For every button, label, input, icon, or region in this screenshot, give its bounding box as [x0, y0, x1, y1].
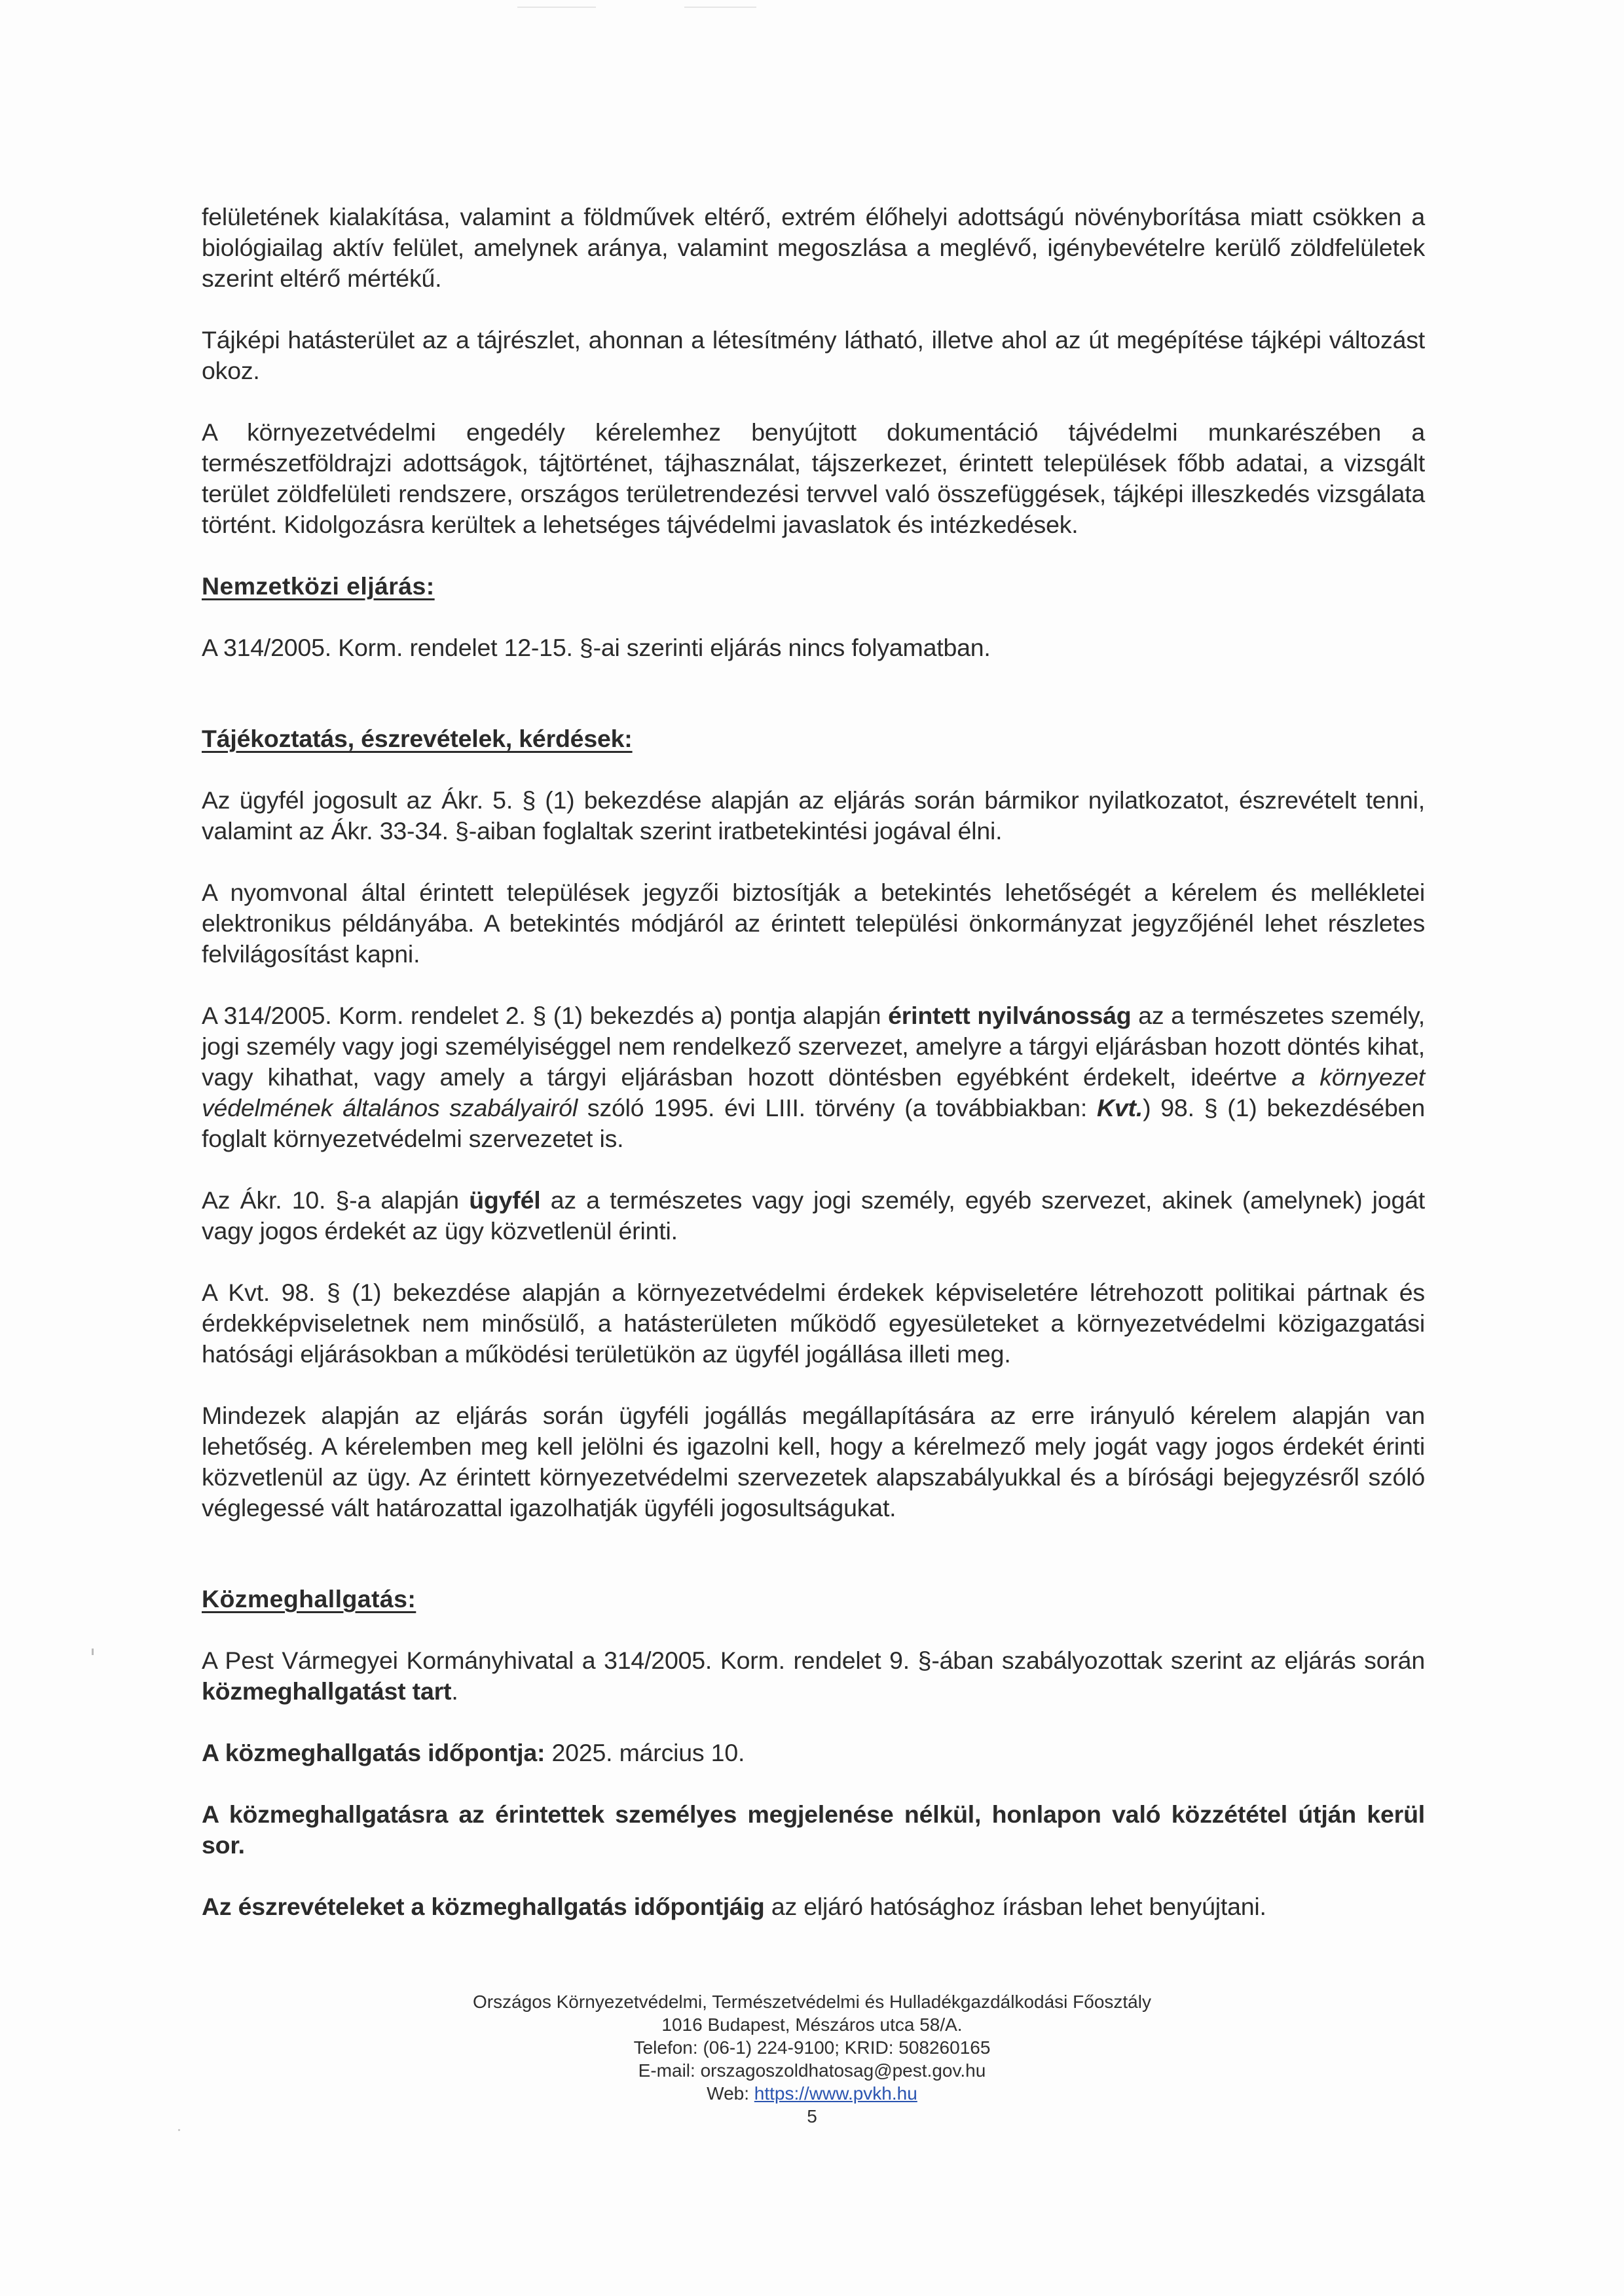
heading-information: Tájékoztatás, észrevételek, kérdések: [202, 723, 1425, 754]
term-affected-public: érintett nyilvánosság [888, 1002, 1131, 1029]
footer-address: 1016 Budapest, Mészáros utca 58/A. [0, 2013, 1624, 2036]
paragraph-comments-deadline: Az észrevételeket a közmeghallgatás időp… [202, 1891, 1425, 1922]
footer-web: Web: https://www.pvkh.hu [0, 2082, 1624, 2105]
hearing-date-value: 2025. március 10. [545, 1739, 745, 1766]
paragraph-client-definition: Az Ákr. 10. §-a alapján ügyfél az a term… [202, 1185, 1425, 1247]
hearing-date-label: A közmeghallgatás időpontja: [202, 1739, 545, 1766]
paragraph-international-procedure: A 314/2005. Korm. rendelet 12-15. §-ai s… [202, 632, 1425, 663]
paragraph-hearing-date: A közmeghallgatás időpontja: 2025. márci… [202, 1738, 1425, 1768]
scan-artifact [684, 7, 756, 8]
term-public-hearing: közmeghallgatást tart [202, 1677, 451, 1705]
footer-web-link[interactable]: https://www.pvkh.hu [754, 2083, 917, 2104]
paragraph-surface: felületének kialakítása, valamint a föld… [202, 202, 1425, 294]
margin-mark [92, 1649, 94, 1655]
footer-phone: Telefon: (06-1) 224-9100; KRID: 50826016… [0, 2036, 1624, 2059]
margin-mark [178, 2129, 180, 2131]
term-client: ügyfél [469, 1186, 540, 1214]
page-number: 5 [0, 2105, 1624, 2128]
paragraph-documentation: A környezetvédelmi engedély kérelemhez b… [202, 417, 1425, 540]
document-body: felületének kialakítása, valamint a föld… [202, 202, 1425, 1922]
paragraph-hearing-held: A Pest Vármegyei Kormányhivatal a 314/20… [202, 1645, 1425, 1707]
paragraph-client-rights: Az ügyfél jogosult az Ákr. 5. § (1) beke… [202, 785, 1425, 847]
heading-international-procedure: Nemzetközi eljárás: [202, 571, 1425, 602]
scan-artifact [517, 7, 596, 8]
document-page: felületének kialakítása, valamint a föld… [0, 0, 1624, 2296]
paragraph-hearing-online: A közmeghallgatásra az érintettek személ… [202, 1799, 1425, 1861]
page-footer: Országos Környezetvédelmi, Természetvéde… [0, 1990, 1624, 2128]
paragraph-inspection: A nyomvonal által érintett települések j… [202, 877, 1425, 970]
abbreviation-kvt: Kvt. [1097, 1094, 1143, 1121]
footer-email: E-mail: orszagoszoldhatosag@pest.gov.hu [0, 2059, 1624, 2082]
paragraph-client-status: Mindezek alapján az eljárás során ügyfél… [202, 1400, 1425, 1523]
heading-public-hearing: Közmeghallgatás: [202, 1584, 1425, 1614]
paragraph-affected-public: A 314/2005. Korm. rendelet 2. § (1) beke… [202, 1000, 1425, 1154]
paragraph-associations: A Kvt. 98. § (1) bekezdése alapján a kör… [202, 1277, 1425, 1370]
paragraph-landscape-impact-area: Tájképi hatásterület az a tájrészlet, ah… [202, 325, 1425, 386]
footer-organization: Országos Környezetvédelmi, Természetvéde… [0, 1990, 1624, 2013]
